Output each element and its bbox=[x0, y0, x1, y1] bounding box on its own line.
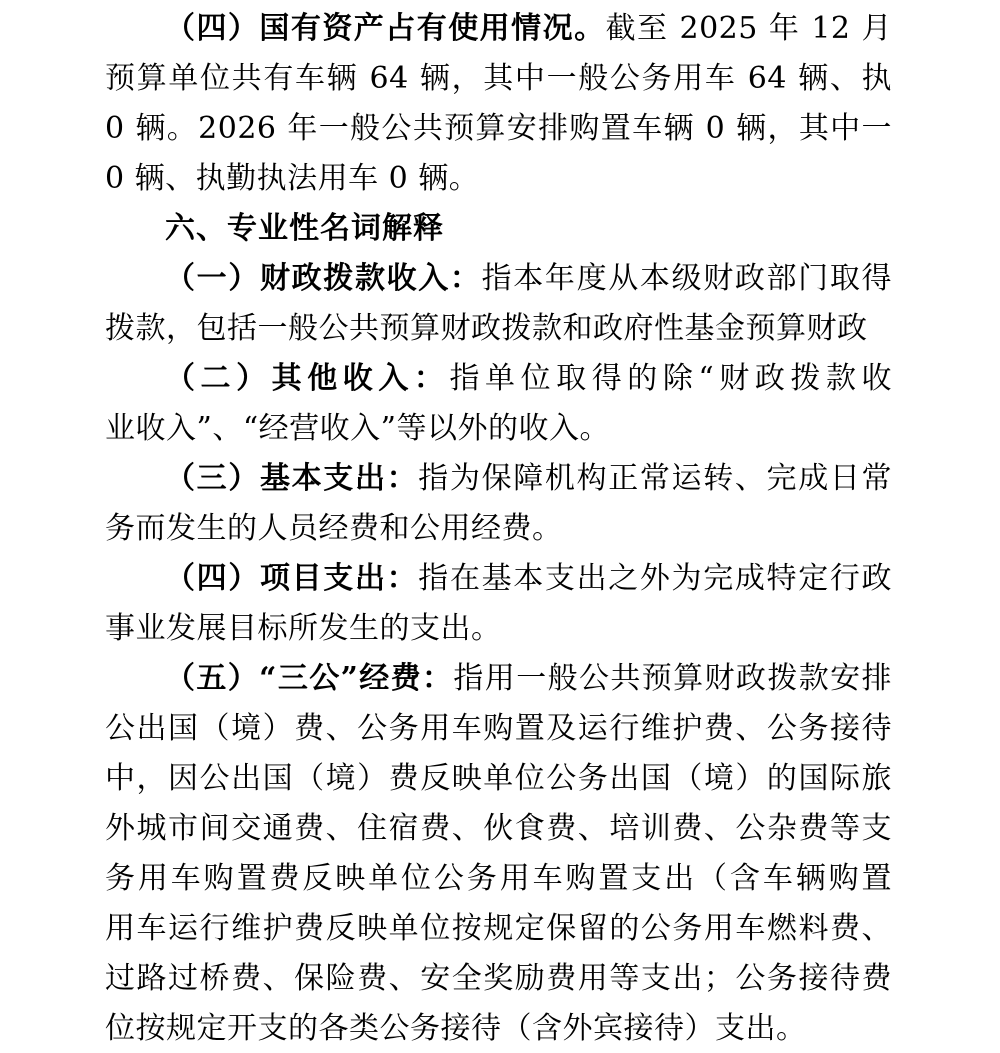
body-text: 务而发生的人员经费和公用经费。 bbox=[105, 511, 563, 546]
text-line: （二）其他收入：指单位取得的除“财政拨款收入”、“事 bbox=[105, 354, 892, 404]
text-line: 预算单位共有车辆 64 辆，其中一般公务用车 64 辆、执勤执法用车 bbox=[105, 54, 892, 104]
text-line: 事业发展目标所发生的支出。 bbox=[105, 604, 892, 654]
body-text: 外城市间交通费、住宿费、伙食费、培训费、公杂费等支出；公 bbox=[105, 811, 892, 854]
body-text: 公出国（境）费、公务用车购置及运行维护费、公务接待费。其 bbox=[105, 711, 892, 754]
text-line: 0 辆。2026 年一般公共预算安排购置车辆 0 辆，其中一般公务用车 bbox=[105, 104, 892, 154]
section-heading: 六、专业性名词解释 bbox=[105, 204, 892, 254]
document-body: （四）国有资产占有使用情况。截至 2025 年 12 月底，所属各预算单位共有车… bbox=[105, 4, 892, 1053]
text-line: 公出国（境）费、公务用车购置及运行维护费、公务接待费。其 bbox=[105, 704, 892, 754]
heading-text: 六、专业性名词解释 bbox=[165, 211, 444, 246]
term-label: （二）其他收入： bbox=[165, 361, 449, 396]
body-text: 预算单位共有车辆 64 辆，其中一般公务用车 64 辆、执勤执法用车 bbox=[105, 61, 892, 104]
body-text: 拨款，包括一般公共预算财政拨款和政府性基金预算财政拨款。 bbox=[105, 311, 868, 354]
body-text: 0 辆。2026 年一般公共预算安排购置车辆 0 辆，其中一般公务用车 bbox=[105, 111, 892, 154]
text-line: 0 辆、执勤执法用车 0 辆。 bbox=[105, 154, 892, 204]
body-text: 用车运行维护费反映单位按规定保留的公务用车燃料费、维修费、 bbox=[105, 911, 892, 954]
term-label: （三）基本支出： bbox=[165, 461, 418, 496]
body-text: 事业发展目标所发生的支出。 bbox=[105, 611, 502, 646]
text-line: （一）财政拨款收入：指本年度从本级财政部门取得的财政 bbox=[105, 254, 892, 304]
text-line: 外城市间交通费、住宿费、伙食费、培训费、公杂费等支出；公 bbox=[105, 804, 892, 854]
text-line: 过路过桥费、保险费、安全奖励费用等支出；公务接待费反映单 bbox=[105, 954, 892, 1004]
body-text: 过路过桥费、保险费、安全奖励费用等支出；公务接待费反映单 bbox=[105, 961, 892, 1004]
text-line: （五）“三公”经费：指用一般公共预算财政拨款安排的因 bbox=[105, 654, 892, 704]
body-text: 位按规定开支的各类公务接待（含外宾接待）支出。 bbox=[105, 1011, 807, 1046]
text-line: 位按规定开支的各类公务接待（含外宾接待）支出。 bbox=[105, 1004, 892, 1053]
text-line: 拨款，包括一般公共预算财政拨款和政府性基金预算财政拨款。 bbox=[105, 304, 892, 354]
body-text: 中，因公出国（境）费反映单位公务出国（境）的国际旅费、国 bbox=[105, 761, 892, 804]
text-line: （三）基本支出：指为保障机构正常运转、完成日常工作任 bbox=[105, 454, 892, 504]
term-label: （五）“三公”经费： bbox=[165, 661, 453, 696]
body-text: 业收入”、“经营收入”等以外的收入。 bbox=[105, 411, 610, 446]
document-page: （四）国有资产占有使用情况。截至 2025 年 12 月底，所属各预算单位共有车… bbox=[0, 0, 1000, 1053]
text-line: 业收入”、“经营收入”等以外的收入。 bbox=[105, 404, 892, 454]
text-line: （四）项目支出：指在基本支出之外为完成特定行政任务和 bbox=[105, 554, 892, 604]
text-line: 用车运行维护费反映单位按规定保留的公务用车燃料费、维修费、 bbox=[105, 904, 892, 954]
text-line: 中，因公出国（境）费反映单位公务出国（境）的国际旅费、国 bbox=[105, 754, 892, 804]
term-label: （四）项目支出： bbox=[165, 561, 418, 596]
text-line: （四）国有资产占有使用情况。截至 2025 年 12 月底，所属各 bbox=[105, 4, 892, 54]
body-text: 务用车购置费反映单位公务用车购置支出（含车辆购置税）；公务 bbox=[105, 861, 892, 904]
term-label: （四）国有资产占有使用情况。 bbox=[165, 11, 606, 46]
term-label: （一）财政拨款收入： bbox=[165, 261, 482, 296]
text-line: 务用车购置费反映单位公务用车购置支出（含车辆购置税）；公务 bbox=[105, 854, 892, 904]
body-text: 0 辆、执勤执法用车 0 辆。 bbox=[105, 161, 479, 196]
text-line: 务而发生的人员经费和公用经费。 bbox=[105, 504, 892, 554]
